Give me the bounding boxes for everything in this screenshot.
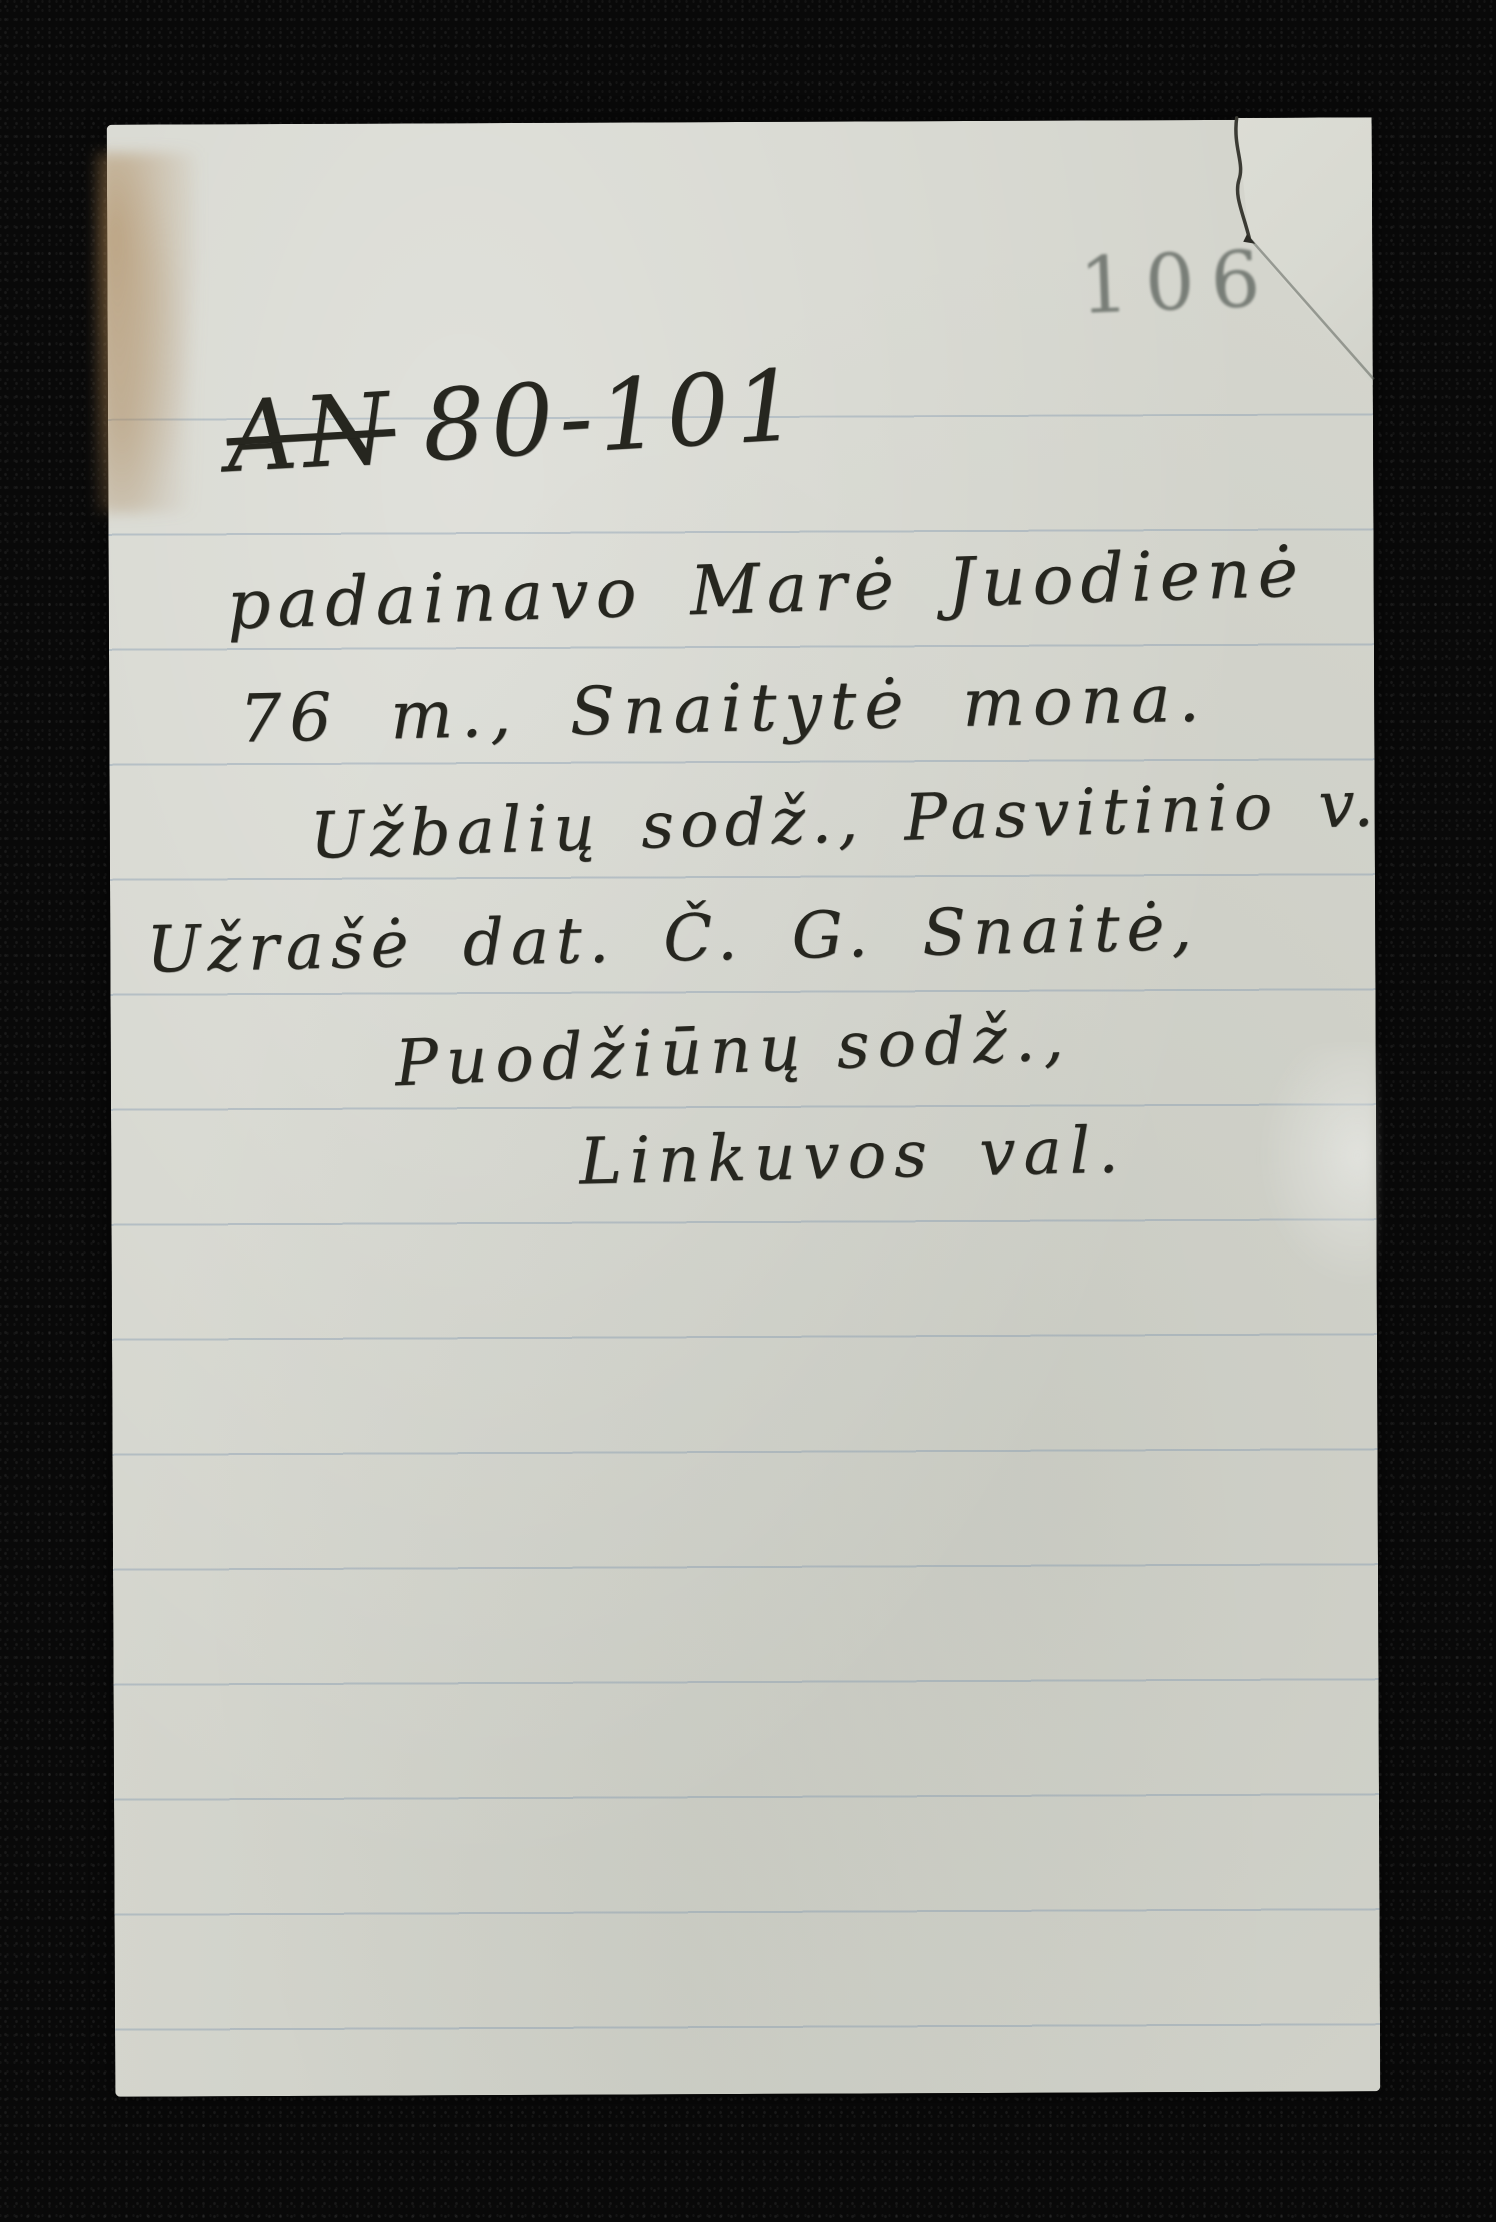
photo-background: 106 AN80-101 padainavo Marė Juodienė 76 …	[0, 0, 1496, 2222]
ruled-lines	[108, 413, 1380, 2035]
left-edge-stain	[97, 152, 199, 512]
page-number-stamp: 106	[1078, 234, 1278, 332]
handwriting-line-district: Linkuvos val.	[578, 1114, 1127, 1200]
right-edge-crease	[1259, 1047, 1376, 1288]
crossed-out-initials: AN	[223, 372, 398, 495]
song-number-range: 80-101	[419, 349, 806, 484]
note-paper: 106 AN80-101 padainavo Marė Juodienė 76 …	[107, 119, 1381, 2097]
